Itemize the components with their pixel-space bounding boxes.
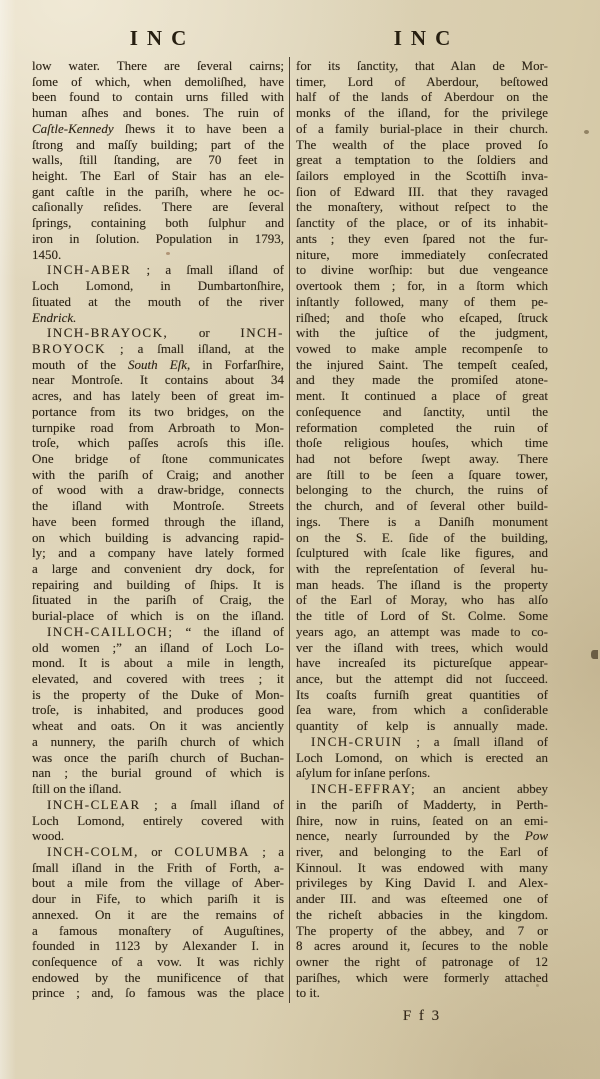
text-line: and they made the promiſed atone-	[296, 372, 548, 388]
text-line: half of the lands of Aberdour on the	[296, 89, 548, 105]
text-line: a large and convenient dry dock, for	[32, 561, 284, 577]
text-line: bout a mile from the village of Aber-	[32, 875, 284, 891]
text-line: burial-place of which is on the iſland.	[32, 608, 284, 624]
entry-headword: INCH-CLEAR	[47, 797, 141, 812]
text-line: ſituated at the mouth of the river	[32, 294, 284, 310]
text-line: old women ;” an iſland of Loch Lo-	[32, 640, 284, 656]
text-line: endowed by the munificence of that	[32, 970, 284, 986]
text-segment: ſituated at the mouth of the river	[32, 294, 284, 309]
text-line: the iſland with Montroſe. Streets	[32, 498, 284, 514]
text-line: owner the right of patronage of 12	[296, 954, 548, 970]
text-segment: Pow	[525, 828, 548, 843]
column-divider-rule	[289, 57, 290, 1003]
text-line: Loch Lomond, on which is erected an	[296, 750, 548, 766]
text-line: niture, more immediately conſecrated	[296, 247, 548, 263]
text-segment: the richeſt abbacies in the kingdom.	[296, 907, 548, 922]
text-segment: is the property of the Duke of Mon-	[32, 687, 284, 702]
text-segment: ; a	[250, 844, 284, 859]
text-line: have increaſed its pictureſque appear-	[296, 655, 548, 671]
text-segment: iron in ſolution. Population in 1793,	[32, 231, 284, 246]
text-segment: ; a ſmall iſland, at the	[106, 341, 284, 356]
text-segment: portance from its two bridges, on the	[32, 404, 284, 419]
text-line: on which building is advancing rapid-	[32, 530, 284, 546]
text-segment: with the repreſentation of ſeveral hu-	[296, 561, 548, 576]
text-line: Its coaſts furniſh great quantities of	[296, 687, 548, 703]
text-segment: the injured Saint. The tempeſt ceaſed,	[296, 357, 548, 372]
text-line: ants ; they even ſpared not the fur-	[296, 231, 548, 247]
text-line: ſea ware, from which a conſiderable	[296, 702, 548, 718]
text-line: INCH-CAILLOCH; “ the iſland of	[32, 624, 284, 640]
text-segment: ſanctity of the place, or of its inhabit…	[296, 215, 548, 230]
text-segment: and they made the promiſed atone-	[296, 372, 548, 387]
text-segment: owner the right of patronage of 12	[296, 954, 548, 969]
text-line: had not before ſwept away. There	[296, 451, 548, 467]
text-segment: turnpike road from Arbroath to Mon-	[32, 420, 284, 435]
text-segment: half of the lands of Aberdour on the	[296, 89, 548, 104]
text-segment: low water. There are ſeveral cairns;	[32, 58, 284, 73]
text-segment: ; a ſmall iſland of	[131, 262, 284, 277]
text-line: aſylum for inſane perſons.	[296, 765, 548, 781]
text-line: ſituated in the pariſh of Craig, the	[32, 592, 284, 608]
text-line: height. The Earl of Stair has an ele-	[32, 168, 284, 184]
text-segment: monks of the iſland, for the privilege	[296, 105, 548, 120]
text-segment: conſequence of a vow. It was richly	[32, 954, 284, 969]
text-segment: Its coaſts furniſh great quantities of	[296, 687, 548, 702]
text-segment: acres, and has lately been of great im-	[32, 388, 284, 403]
text-segment: height. The Earl of Stair has an ele-	[32, 168, 284, 183]
text-segment: on the S. E. ſide of the building,	[296, 530, 548, 545]
text-line: ſculptured with ſcale like figures, and	[296, 545, 548, 561]
text-line: conſequence of a vow. It was richly	[32, 954, 284, 970]
text-line: ver the iſland with trees, which would	[296, 640, 548, 656]
text-line: One bridge of ſtone communicates	[32, 451, 284, 467]
text-segment: reformation completed the ruin of	[296, 420, 548, 435]
entry-headword: COLUMBA	[174, 844, 250, 859]
text-line: the richeſt abbacies in the kingdom.	[296, 907, 548, 923]
book-page-scan: INC INC low water. There are ſeveral cai…	[0, 0, 600, 1079]
text-line: INCH-CRUIN ; a ſmall iſland of	[296, 734, 548, 750]
text-line: privileges by King David I. and Alex-	[296, 875, 548, 891]
text-line: dour in Fife, to which pariſh it is	[32, 891, 284, 907]
text-line: turnpike road from Arbroath to Mon-	[32, 420, 284, 436]
text-line: river, and belonging to the Earl of	[296, 844, 548, 860]
column-left: low water. There are ſeveral cairns;ſome…	[32, 58, 284, 1001]
text-line: troſe, is inhabited, and produces good	[32, 702, 284, 718]
text-line: a nunnery, the pariſh church of which	[32, 734, 284, 750]
text-segment: bout a mile from the village of Aber-	[32, 875, 284, 890]
text-segment: nence, nearly ſurrounded by the	[296, 828, 525, 843]
text-line: iron in ſolution. Population in 1793,	[32, 231, 284, 247]
text-line: elevated, and covered with trees ; it	[32, 671, 284, 687]
running-head-right: INC	[296, 26, 548, 51]
text-segment: with the pariſh of Craig; and another	[32, 467, 284, 482]
text-segment: a famous monaſtery of Auguſtines,	[32, 923, 284, 938]
text-line: of wood with a draw-bridge, connects	[32, 482, 284, 498]
text-segment: an ancient abbey	[416, 781, 548, 796]
text-line: riſhed; and thoſe who eſcaped, ſtruck	[296, 310, 548, 326]
text-line: troſe, which paſſes acroſs this iſle.	[32, 435, 284, 451]
text-line: Kinnoul. It was endowed with many	[296, 860, 548, 876]
text-segment: gant caſtle in the pariſh, where he oc-	[32, 184, 284, 199]
text-segment: Loch Lomond, in Dumbartonſhire,	[32, 278, 284, 293]
text-segment: human aſhes and bones. The ruin of	[32, 105, 284, 120]
text-line: INCH-COLM, or COLUMBA ; a	[32, 844, 284, 860]
text-line: of a family burial-place in their church…	[296, 121, 548, 137]
text-segment: old women ;” an iſland of Loch Lo-	[32, 640, 284, 655]
text-segment: ſion of Edward III. that they ravaged	[296, 184, 548, 199]
entry-headword: INCH-BRAYOCK,	[47, 325, 168, 340]
text-line: repairing and building of ſhips. It is	[32, 577, 284, 593]
text-line: have been formed through the iſland,	[32, 514, 284, 530]
text-line: timer, Lord of Aberdour, beſtowed	[296, 74, 548, 90]
text-segment: founded in 1123 by Alexander I. in	[32, 938, 284, 953]
text-line: walls, ſtill ſtanding, are 70 feet in	[32, 152, 284, 168]
text-segment: vowed to make ample recompenſe to	[296, 341, 548, 356]
text-line: wood.	[32, 828, 284, 844]
text-line: years ago, an attempt was made to co-	[296, 624, 548, 640]
text-segment: ander III. and was eſteemed one of	[296, 891, 548, 906]
text-segment: the church, and of ſeveral other build-	[296, 498, 548, 513]
text-line: ſhire, now in ruins, ſeated on an emi-	[296, 813, 548, 829]
text-line: 8 acres around it, ſecures to the noble	[296, 938, 548, 954]
text-segment: was once the pariſh church of Buchan-	[32, 750, 284, 765]
text-line: INCH-EFFRAY; an ancient abbey	[296, 781, 548, 797]
text-segment: ſtrong and maſſy building; part of the	[32, 137, 284, 152]
text-line: ſmall iſland in the Frith of Forth, a-	[32, 860, 284, 876]
text-line: human aſhes and bones. The ruin of	[32, 105, 284, 121]
text-line: annexed. On it are the remains of	[32, 907, 284, 923]
text-line: ſprings, containing both ſulphur and	[32, 215, 284, 231]
text-line: great a temptation to the ſoldiers and	[296, 152, 548, 168]
text-segment: a large and convenient dry dock, for	[32, 561, 284, 576]
text-line: 1450.	[32, 247, 284, 263]
text-line: prince ; and, ſo famous was the place	[32, 985, 284, 1001]
text-line: INCH-BRAYOCK, or INCH-	[32, 325, 284, 341]
text-segment: conſequence and ſanctity, until the	[296, 404, 548, 419]
entry-headword: INCH-COLM,	[47, 844, 139, 859]
text-line: Loch Lomond, entirely covered with	[32, 813, 284, 829]
text-segment: with the juſtice of the judgment,	[296, 325, 548, 340]
text-segment: been found to contain urns filled with	[32, 89, 284, 104]
text-line: inſtantly followed, many of them pe-	[296, 294, 548, 310]
text-line: vowed to make ample recompenſe to	[296, 341, 548, 357]
text-line: Loch Lomond, in Dumbartonſhire,	[32, 278, 284, 294]
text-line: founded in 1123 by Alexander I. in	[32, 938, 284, 954]
text-line: the church, and of ſeveral other build-	[296, 498, 548, 514]
text-line: with the repreſentation of ſeveral hu-	[296, 561, 548, 577]
text-line: the injured Saint. The tempeſt ceaſed,	[296, 357, 548, 373]
text-segment: ſailors employed in the Scottiſh inva-	[296, 168, 548, 183]
paper-speck	[584, 130, 589, 134]
text-line: monks of the iſland, for the privilege	[296, 105, 548, 121]
text-line: reformation completed the ruin of	[296, 420, 548, 436]
text-line: nence, nearly ſurrounded by the Pow	[296, 828, 548, 844]
text-segment: timer, Lord of Aberdour, beſtowed	[296, 74, 548, 89]
text-segment: the iſland with Montroſe. Streets	[32, 498, 284, 513]
text-line: ſailors employed in the Scottiſh inva-	[296, 168, 548, 184]
text-line: ance, but the attempt did not ſucceed.	[296, 671, 548, 687]
text-segment: overtook them ; for, in a ſtorm which	[296, 278, 548, 293]
text-line: INCH-CLEAR ; a ſmall iſland of	[32, 797, 284, 813]
text-segment: ſhews it to have been a	[114, 121, 284, 136]
text-segment: ſculptured with ſcale like figures, and	[296, 545, 548, 560]
text-segment: 8 acres around it, ſecures to the noble	[296, 938, 548, 953]
text-line: Endrick.	[32, 310, 284, 326]
text-segment: ver the iſland with trees, which would	[296, 640, 548, 655]
text-line: gant caſtle in the pariſh, where he oc-	[32, 184, 284, 200]
text-segment: to divine worſhip: but due vengeance	[296, 262, 548, 277]
text-line: The wealth of the place proved ſo	[296, 137, 548, 153]
text-segment: niture, more immediately conſecrated	[296, 247, 548, 262]
text-segment: mouth of the	[32, 357, 128, 372]
text-line: nan ; the burial ground of which is	[32, 765, 284, 781]
text-segment: ſtill on the iſland.	[32, 781, 122, 796]
text-segment: ſhire, now in ruins, ſeated on an emi-	[296, 813, 548, 828]
text-segment: walls, ſtill ſtanding, are 70 feet in	[32, 152, 284, 167]
text-segment: mond. It is about a mile in length,	[32, 655, 284, 670]
text-line: to divine worſhip: but due vengeance	[296, 262, 548, 278]
text-line: with the pariſh of Craig; and another	[32, 467, 284, 483]
text-line: mouth of the South Eſk, in Forfarſhire,	[32, 357, 284, 373]
text-segment: great a temptation to the ſoldiers and	[296, 152, 548, 167]
text-segment: ; a ſmall iſland of	[141, 797, 284, 812]
text-line: Caſtle-Kennedy ſhews it to have been a	[32, 121, 284, 137]
entry-headword: INCH-	[240, 325, 284, 340]
text-line: for its ſanctity, that Alan de Mor-	[296, 58, 548, 74]
text-line: are ſtill to be ſeen a ſquare tower,	[296, 467, 548, 483]
text-segment: in the pariſh of Madderty, in Perth-	[296, 797, 548, 812]
text-line: is the property of the Duke of Mon-	[32, 687, 284, 703]
text-segment: had not before ſwept away. There	[296, 451, 548, 466]
paper-speck	[536, 984, 539, 987]
text-segment: riſhed; and thoſe who eſcaped, ſtruck	[296, 310, 548, 325]
text-segment: troſe, is inhabited, and produces good	[32, 702, 284, 717]
text-line: ment. It continued a place of great	[296, 388, 548, 404]
text-segment: Endrick.	[32, 310, 76, 325]
text-line: caſionally reſides. There are ſeveral	[32, 199, 284, 215]
entry-headword: INCH-EFFRAY;	[311, 781, 416, 796]
text-line: on the S. E. ſide of the building,	[296, 530, 548, 546]
text-segment: or	[139, 844, 175, 859]
text-segment: man heads. The iſland is the property	[296, 577, 548, 592]
text-line: in the pariſh of Madderty, in Perth-	[296, 797, 548, 813]
text-segment: the monaſtery, without reſpect to the	[296, 199, 548, 214]
text-line: of the Earl of Moray, who has alſo	[296, 592, 548, 608]
text-segment: near Montroſe. It contains about 34	[32, 372, 284, 387]
text-segment: One bridge of ſtone communicates	[32, 451, 284, 466]
text-line: The property of the abbey, and 7 or	[296, 923, 548, 939]
text-segment: aſylum for inſane perſons.	[296, 765, 430, 780]
text-segment: Kinnoul. It was endowed with many	[296, 860, 548, 875]
text-segment: the title of Lord of St. Colme. Some	[296, 608, 548, 623]
text-segment: of the Earl of Moray, who has alſo	[296, 592, 548, 607]
text-segment: thoſe religious houſes, which time	[296, 435, 548, 450]
text-segment: ſmall iſland in the Frith of Forth, a-	[32, 860, 284, 875]
column-right: for its ſanctity, that Alan de Mor-timer…	[296, 58, 548, 1001]
text-segment: inſtantly followed, many of them pe-	[296, 294, 548, 309]
text-line: ſanctity of the place, or of its inhabit…	[296, 215, 548, 231]
text-segment: troſe, which paſſes acroſs this iſle.	[32, 435, 284, 450]
text-line: man heads. The iſland is the property	[296, 577, 548, 593]
text-line: ſtill on the iſland.	[32, 781, 284, 797]
text-line: been found to contain urns filled with	[32, 89, 284, 105]
text-segment: have been formed through the iſland,	[32, 514, 284, 529]
text-segment: 1450.	[32, 247, 61, 262]
entry-headword: INCH-CAILLOCH;	[47, 624, 173, 639]
text-line: ſome of which, when demoliſhed, have	[32, 74, 284, 90]
text-segment: burial-place of which is on the iſland.	[32, 608, 284, 623]
text-segment: nan ; the burial ground of which is	[32, 765, 284, 780]
text-line: INCH-ABER ; a ſmall iſland of	[32, 262, 284, 278]
text-segment: ants ; they even ſpared not the fur-	[296, 231, 548, 246]
text-segment: river, and belonging to the Earl of	[296, 844, 548, 859]
text-segment: repairing and building of ſhips. It is	[32, 577, 284, 592]
text-line: ander III. and was eſteemed one of	[296, 891, 548, 907]
text-line: to it.	[296, 985, 548, 1001]
entry-headword: BROYOCK	[32, 341, 106, 356]
text-line: ly; and a company have lately formed	[32, 545, 284, 561]
text-segment: ſituated in the pariſh of Craig, the	[32, 592, 284, 607]
text-line: BROYOCK ; a ſmall iſland, at the	[32, 341, 284, 357]
text-segment: pariſhes, which were formerly attached	[296, 970, 548, 985]
text-segment: Loch Lomond, on which is erected an	[296, 750, 548, 765]
text-segment: ſome of which, when demoliſhed, have	[32, 74, 284, 89]
text-segment: caſionally reſides. There are ſeveral	[32, 199, 284, 214]
signature-mark: F f 3	[296, 1008, 548, 1025]
text-segment: dour in Fife, to which pariſh it is	[32, 891, 284, 906]
text-segment: annexed. On it are the remains of	[32, 907, 284, 922]
entry-headword: INCH-ABER	[47, 262, 131, 277]
text-line: wheat and oats. On it was anciently	[32, 718, 284, 734]
text-line: thoſe religious houſes, which time	[296, 435, 548, 451]
text-segment: ly; and a company have lately formed	[32, 545, 284, 560]
text-segment: ings. There is a Daniſh monument	[296, 514, 548, 529]
text-segment: “ the iſland of	[173, 624, 284, 639]
text-segment: South Eſk	[128, 357, 187, 372]
text-line: conſequence and ſanctity, until the	[296, 404, 548, 420]
page-edge-notch	[591, 650, 598, 659]
text-segment: or	[168, 325, 240, 340]
text-line: pariſhes, which were formerly attached	[296, 970, 548, 986]
text-segment: to it.	[296, 985, 320, 1000]
text-segment: a nunnery, the pariſh church of which	[32, 734, 284, 749]
text-segment: quantity of kelp is annually made.	[296, 718, 548, 733]
text-line: mond. It is about a mile in length,	[32, 655, 284, 671]
text-segment: on which building is advancing rapid-	[32, 530, 284, 545]
text-segment: Loch Lomond, entirely covered with	[32, 813, 284, 828]
text-line: low water. There are ſeveral cairns;	[32, 58, 284, 74]
text-segment: elevated, and covered with trees ; it	[32, 671, 284, 686]
text-segment: are ſtill to be ſeen a ſquare tower,	[296, 467, 548, 482]
text-segment: have increaſed its pictureſque appear-	[296, 655, 548, 670]
text-segment: prince ; and, ſo famous was the place	[32, 985, 284, 1000]
text-segment: ment. It continued a place of great	[296, 388, 548, 403]
entry-headword: INCH-CRUIN	[311, 734, 403, 749]
text-segment: belonging to the church, the ruins of	[296, 482, 548, 497]
text-line: was once the pariſh church of Buchan-	[32, 750, 284, 766]
text-segment: endowed by the munificence of that	[32, 970, 284, 985]
text-line: with the juſtice of the judgment,	[296, 325, 548, 341]
text-line: a famous monaſtery of Auguſtines,	[32, 923, 284, 939]
text-segment: ; a ſmall iſland of	[403, 734, 548, 749]
text-segment: , in Forfarſhire,	[187, 357, 284, 372]
text-line: ſtrong and maſſy building; part of the	[32, 137, 284, 153]
text-line: ings. There is a Daniſh monument	[296, 514, 548, 530]
text-line: the monaſtery, without reſpect to the	[296, 199, 548, 215]
running-head-left: INC	[32, 26, 284, 51]
text-segment: for its ſanctity, that Alan de Mor-	[296, 58, 548, 73]
text-line: overtook them ; for, in a ſtorm which	[296, 278, 548, 294]
text-line: acres, and has lately been of great im-	[32, 388, 284, 404]
text-segment: ſprings, containing both ſulphur and	[32, 215, 284, 230]
text-segment: The wealth of the place proved ſo	[296, 137, 548, 152]
text-segment: privileges by King David I. and Alex-	[296, 875, 548, 890]
text-segment: ſea ware, from which a conſiderable	[296, 702, 548, 717]
text-segment: wood.	[32, 828, 64, 843]
text-line: belonging to the church, the ruins of	[296, 482, 548, 498]
text-segment: years ago, an attempt was made to co-	[296, 624, 548, 639]
text-segment: of wood with a draw-bridge, connects	[32, 482, 284, 497]
text-segment: The property of the abbey, and 7 or	[296, 923, 548, 938]
text-segment: Caſtle-Kennedy	[32, 121, 114, 136]
paper-speck	[166, 252, 170, 255]
text-line: quantity of kelp is annually made.	[296, 718, 548, 734]
text-line: the title of Lord of St. Colme. Some	[296, 608, 548, 624]
text-segment: of a family burial-place in their church…	[296, 121, 548, 136]
text-line: near Montroſe. It contains about 34	[32, 372, 284, 388]
text-line: ſion of Edward III. that they ravaged	[296, 184, 548, 200]
text-segment: wheat and oats. On it was anciently	[32, 718, 284, 733]
text-line: portance from its two bridges, on the	[32, 404, 284, 420]
text-segment: ance, but the attempt did not ſucceed.	[296, 671, 548, 686]
